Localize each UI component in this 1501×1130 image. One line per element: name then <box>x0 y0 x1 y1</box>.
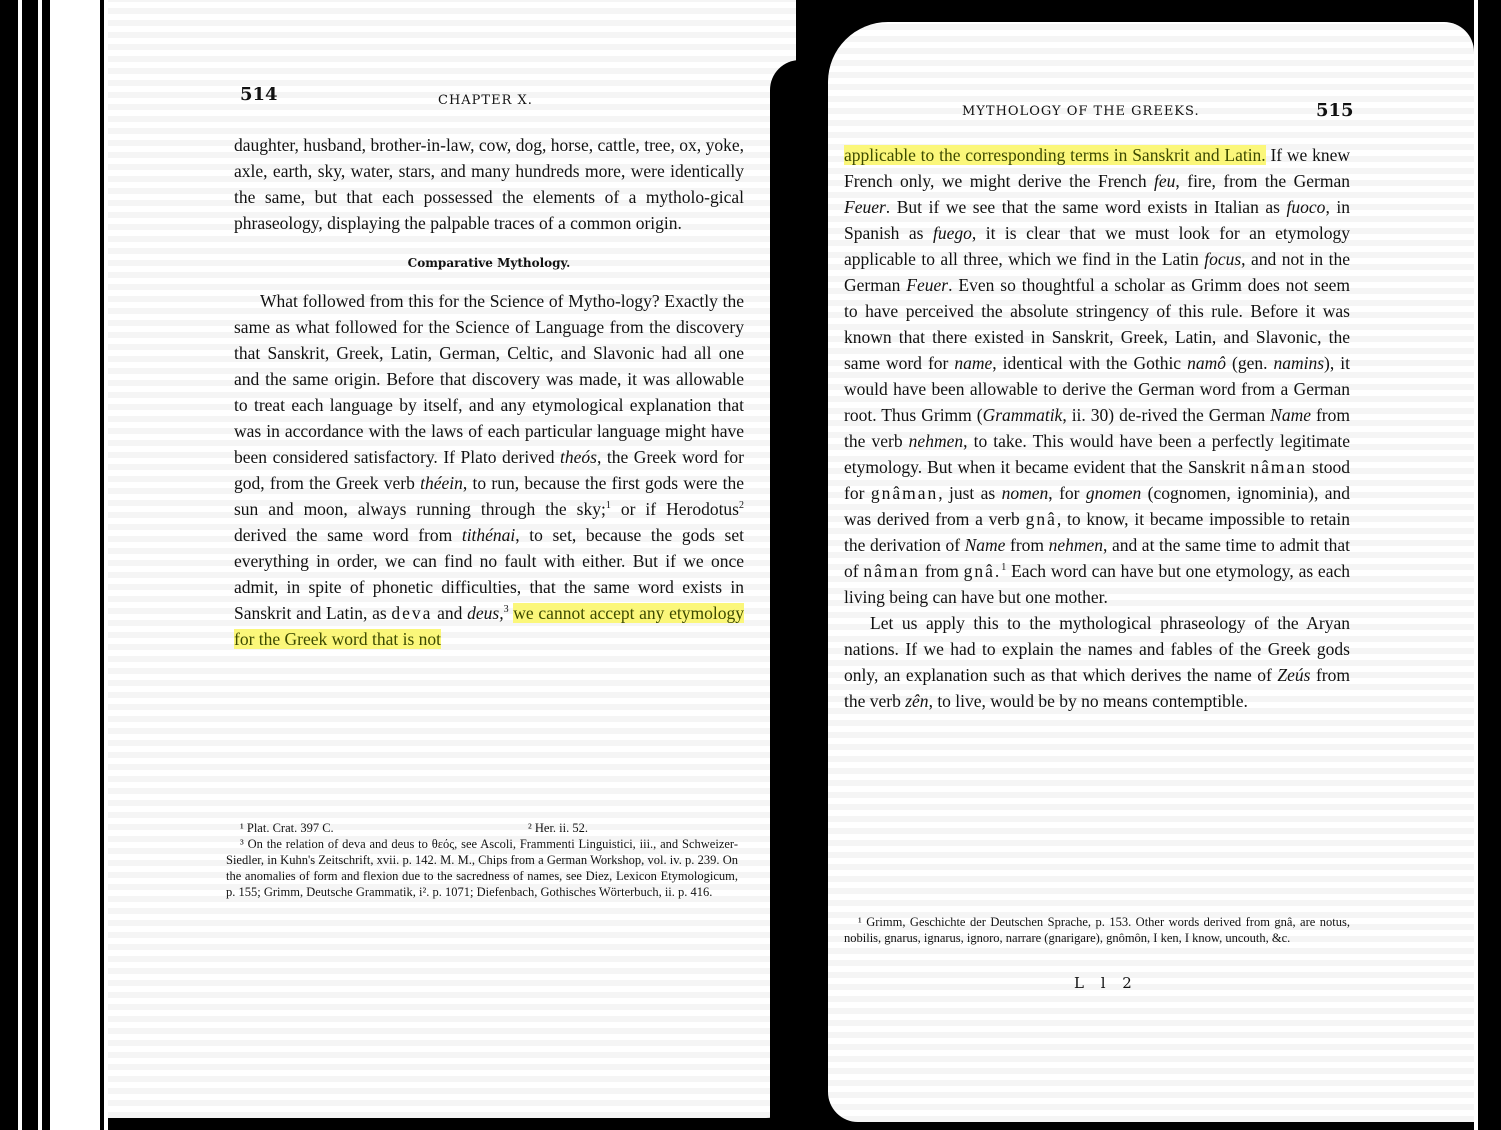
german-term: Feuer <box>844 197 886 217</box>
sanskrit-term: gnâ. <box>964 561 1002 581</box>
text-run: from <box>920 561 964 581</box>
footnote-ref[interactable]: 3 <box>504 604 509 615</box>
book-left-edge <box>0 0 108 1130</box>
footnote-3: ³ On the relation of deva and deus to θε… <box>226 836 738 900</box>
greek-term: zên <box>905 691 928 711</box>
latin-term: deus, <box>467 603 503 623</box>
text-run: and <box>432 603 467 623</box>
text-run: , identical with the Gothic <box>992 353 1187 373</box>
sanskrit-term: gnâman <box>871 483 938 503</box>
greek-term: tithénai <box>462 525 515 545</box>
text-run: What followed from this for the Science … <box>234 291 744 467</box>
page-number: 514 <box>240 84 278 105</box>
latin-term: nomen <box>1002 483 1049 503</box>
text-run: or if Herodotus <box>611 499 739 519</box>
running-head: CHAPTER X. <box>438 93 533 108</box>
footnote-row: ¹ Plat. Crat. 397 C. ² Her. ii. 52. <box>226 820 738 836</box>
text-run: derived the same word from <box>234 525 462 545</box>
page-number: 515 <box>1316 100 1354 121</box>
text-run: (gen. <box>1226 353 1274 373</box>
left-page: 514 CHAPTER X. daughter, husband, brothe… <box>108 0 796 1118</box>
text-run: , to live, would be by no means contempt… <box>929 691 1248 711</box>
sanskrit-term: deva <box>391 603 432 623</box>
german-term: nehmen <box>1049 535 1103 555</box>
main-text: daughter, husband, brother-in-law, cow, … <box>234 132 744 652</box>
text-run: , fire, from the German <box>1175 171 1350 191</box>
german-term: nehmen <box>909 431 963 451</box>
english-term: name <box>954 353 992 373</box>
paragraph: What followed from this for the Science … <box>234 288 744 652</box>
text-run: , just as <box>938 483 1001 503</box>
right-page: MYTHOLOGY OF THE GREEKS. 515 applicable … <box>828 22 1474 1122</box>
book-title: Grammatik <box>983 405 1063 425</box>
paragraph: applicable to the corresponding terms in… <box>844 142 1350 610</box>
text-run: , ii. 30) de-rived the German <box>1062 405 1270 425</box>
highlighted-text[interactable]: applicable to the corresponding terms in… <box>844 145 1266 165</box>
sanskrit-term: nâman <box>1250 457 1307 477</box>
text-run: , for <box>1048 483 1086 503</box>
sanskrit-term: gnâ <box>1026 509 1057 529</box>
section-heading: Comparative Mythology. <box>234 250 744 276</box>
text-run: Let us apply this to the mythological ph… <box>844 613 1350 685</box>
signature-mark: L l 2 <box>1074 974 1138 992</box>
main-text: applicable to the corresponding terms in… <box>844 142 1350 714</box>
text-run: from <box>1005 535 1048 555</box>
gothic-term: namô <box>1187 353 1226 373</box>
german-term: Feuer <box>906 275 948 295</box>
greek-term: theós <box>560 447 597 467</box>
footnote-1: ¹ Grimm, Geschichte der Deutschen Sprach… <box>844 914 1350 946</box>
latin-term: gnomen <box>1086 483 1141 503</box>
book-gutter <box>770 60 830 1130</box>
footnote-1: ¹ Plat. Crat. 397 C. <box>240 820 334 836</box>
spanish-term: fuego <box>933 223 972 243</box>
greek-term: Zeús <box>1277 665 1310 685</box>
footnotes: ¹ Grimm, Geschichte der Deutschen Sprach… <box>844 914 1350 946</box>
german-term: Name <box>1270 405 1311 425</box>
latin-term: focus <box>1204 249 1241 269</box>
sanskrit-term: nâman <box>863 561 920 581</box>
italian-term: fuoco <box>1287 197 1326 217</box>
german-term: Name <box>965 535 1006 555</box>
text-run: . But if we see that the same word exist… <box>886 197 1287 217</box>
french-term: feu <box>1154 171 1175 191</box>
greek-term: théein <box>420 473 463 493</box>
gothic-term: namins <box>1273 353 1324 373</box>
footnotes: ¹ Plat. Crat. 397 C. ² Her. ii. 52. ³ On… <box>226 820 738 900</box>
footnote-2: ² Her. ii. 52. <box>528 820 588 836</box>
paragraph: Let us apply this to the mythological ph… <box>844 610 1350 714</box>
footnote-ref[interactable]: 2 <box>739 500 744 511</box>
book-right-edge <box>1474 0 1501 1130</box>
continuation-paragraph: daughter, husband, brother-in-law, cow, … <box>234 132 744 236</box>
running-head: MYTHOLOGY OF THE GREEKS. <box>962 104 1200 119</box>
